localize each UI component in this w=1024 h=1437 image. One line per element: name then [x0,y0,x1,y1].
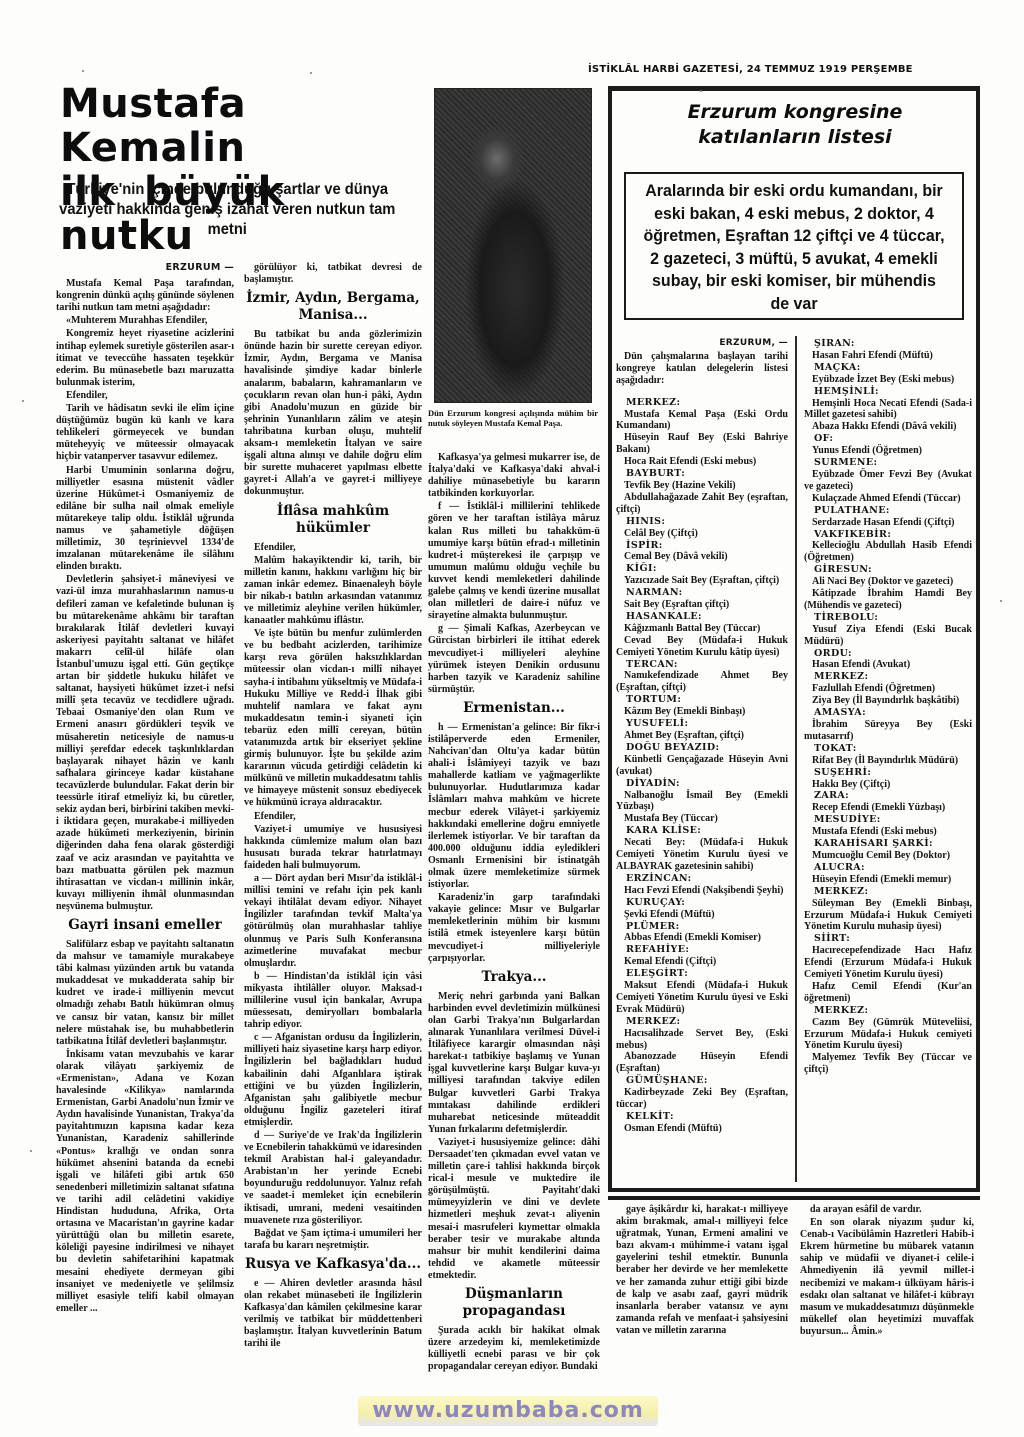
delegate-place: PULATHANE: [804,505,972,517]
paragraph: Mustafa Kemal Paşa tarafından, kongrenin… [56,278,234,314]
paragraph: da arayan esâfil de vardır. [800,1204,974,1216]
paragraph: c — Afganistan ordusu da İngilizlerin, m… [244,1032,422,1129]
delegate-place: YUSUFELİ: [616,718,788,730]
section-heading-gayri-insani: Gayri insani emeller [56,917,234,934]
delegate-place: GİRESUN: [804,564,972,576]
article-column-3: Kafkasya'ya gelmesi mukarrer ise, de İta… [428,452,600,1390]
print-speck [22,400,24,402]
delegate-place: MERKEZ: [804,1005,972,1017]
delegate-place: DİYADİN: [616,778,788,790]
col2-body-1: Bu tatbikat bu anda gözlerimizin önünde … [244,329,422,498]
delegate-place: İSPİR: [616,540,788,552]
delegate-entry: Cazım Bey (Gümrük Müteveliisi, Erzurum M… [804,1017,972,1053]
paragraph: «Muhterem Murahhas Efendiler, [56,315,234,327]
paragraph: g — Şimali Kafkas, Azerbeycan ve Gürcist… [428,623,600,696]
delegate-entry: Kâtipzade İbrahim Hamdi Bey (Mühendis ve… [804,588,972,612]
paragraph: f — İstiklâl-i millilerini tehlikede gör… [428,501,600,622]
delegate-entry: Abaza Hakkı Efendi (Dâvâ vekili) [804,421,972,433]
delegate-entry: Recep Efendi (Emekli Yüzbaşı) [804,802,972,814]
subheadline: Türkiye'nin içinde bulunduğu şartlar ve … [58,180,397,240]
delegate-entry: Eyübzade İzzet Bey (Eski mebus) [804,374,972,386]
delegate-entry: Hüseyin Rauf Bey (Eski Bahriye Bakanı) [616,432,788,456]
delegate-place: ŞİRAN: [804,338,972,350]
delegate-entry: Hasan Fahri Efendi (Müftü) [804,350,972,362]
section-heading-trakya: Trakya... [428,969,600,986]
paragraph: Vaziyet-i hususiyemize gelince: dâhi Der… [428,1137,600,1282]
delegate-place: SİİRT: [804,933,972,945]
paragraph: Bu tatbikat bu anda gözlerimizin önünde … [244,329,422,498]
delegate-place: KARAHİSARI ŞARKİ: [804,838,972,850]
col4-body: gaye âşikârdır ki, harakat-ı milliyeye a… [616,1204,788,1337]
delegate-entry: Sait Bey (Eşraftan çiftçi) [616,599,788,611]
summary-text: Aralarında bir eski ordu kumandanı, bir … [642,180,947,315]
print-speck [1000,600,1002,602]
paragraph: Vaziyet-i umumiye ve hususiyesi hakkında… [244,824,422,872]
delegate-place: MAÇKA: [804,362,972,374]
delegate-place: KARA KLİSE: [616,825,788,837]
paragraph: Devletlerin şahsiyet-i mâneviyesi ve vaz… [56,574,234,913]
delegate-entry: Künbetli Gençağazade Hüseyin Avni (avuka… [616,754,788,778]
paragraph: Kafkasya'ya gelmesi mukarrer ise, de İta… [428,452,600,500]
paragraph: En son olarak niyazım şudur ki, Cenab-ı … [800,1217,974,1338]
paragraph: İnkisamı vatan mevzubahis ve karar olara… [56,1049,234,1315]
delegate-entry: Kulaçzade Ahmed Efendi (Tüccar) [804,493,972,505]
delegate-place: ALUCRA: [804,862,972,874]
delegate-entry: Ali Naci Bey (Doktor ve gazeteci) [804,576,972,588]
col2-body-top: görülüyor ki, tatbikat devresi de başlam… [244,262,422,286]
print-speck [310,72,312,74]
delegate-entry: Cevad Bey (Müdafa-i Hukuk Cemiyeti Yönet… [616,635,788,659]
delegate-entry: Serdarzade Hasan Efendi (Çiftçi) [804,517,972,529]
delegate-entry: Abdullahağazade Zahit Bey (eşraftan, çif… [616,492,788,516]
delegate-place: MERKEZ: [804,886,972,898]
delegate-entry: Necati Bey: (Müdafa-i Hukuk Cemiyeti Yön… [616,837,788,873]
delegate-place: HASANKALE: [616,611,788,623]
delegate-place: HEMŞİNLİ: [804,386,972,398]
delegate-entry: Yazıcızade Sait Bey (Eşraftan, çiftçi) [616,575,788,587]
delegate-entry: Hemşinli Hoca Necati Efendi (Sada-i Mill… [804,398,972,422]
paragraph: b — Hindistan'da istiklâl için vâsi miky… [244,971,422,1031]
delegate-place: NARMAN: [616,587,788,599]
sidebar-title-line-2: katılanların listesi [660,125,930,150]
delegate-place: TOKAT: [804,743,972,755]
delegate-entry: Osman Efendi (Müftü) [616,1123,788,1135]
delegate-entry: Hacırecepefendizade Hacı Hafız Efendi (E… [804,945,972,981]
paragraph: Tarih ve hâdisatın sevki ile elîm içine … [56,403,234,463]
delegate-entry: Yusuf Ziya Efendi (Eski Bucak Müdürü) [804,624,972,648]
delegate-entry: Süleyman Bey (Emekli Binbaşı, Erzurum Mü… [804,898,972,934]
delegate-entry: Kemal Efendi (Çiftçi) [616,956,788,968]
article-column-1: ERZURUM — Mustafa Kemal Paşa tarafından,… [56,262,234,1382]
paragraph: Meriç nehri garbında yani Balkan harbind… [428,991,600,1136]
delegate-entry: Nalbanoğlu İsmail Bey (Emekli Yüzbaşı) [616,790,788,814]
delegate-entry: Malyemez Tevfik Bey (Tüccar ve çiftçi) [804,1052,972,1076]
article-column-2: görülüyor ki, tatbikat devresi de başlam… [244,262,422,1390]
col1-body-2: Salifülarz esbap ve payitahtı saltanatın… [56,939,234,1315]
paragraph: Şurada acıklı bir hakikat olmak üzere ar… [428,1325,600,1373]
paragraph: Efendiler, [244,811,422,823]
delegate-place: ORDU: [804,648,972,660]
photo-caption: Dün Erzurum kongresi açılışında mühim bi… [428,408,598,428]
delegate-entry: Eyübzade Ömer Fevzi Bey (Avukat ve gazet… [804,469,972,493]
delegate-place: SUŞEHRİ: [804,767,972,779]
delegate-place: PLÜMER: [616,921,788,933]
delegate-entry: Celâl Bey (Çiftçi) [616,528,788,540]
section-heading-ermenistan: Ermenistan... [428,700,600,717]
paragraph: Harbi Umuminin sonlarına doğru, milliyet… [56,465,234,574]
column-divider [795,336,797,1182]
delegate-entry: Rifat Bey (İl Bayındırlık Müdürü) [804,755,972,767]
print-speck [82,70,84,72]
delegate-place: ZARA: [804,790,972,802]
delegate-entry: Hacı Fevzi Efendi (Nakşibendi Şeyhi) [616,885,788,897]
delegate-entry: Yunus Efendi (Öğretmen) [804,445,972,457]
delegate-entry: Hoca Rait Efendi (Eski mebus) [616,456,788,468]
delegate-place: TERCAN: [616,659,788,671]
delegate-entry: Kâzım Bey (Emekli Binbaşı) [616,706,788,718]
watermark-url: www.uzumbaba.com [358,1396,658,1426]
delegate-place: KELKİT: [616,1111,788,1123]
sidebar-title-line-1: Erzurum kongresine [660,100,930,125]
section-heading-rusya: Rusya ve Kafkasya'da... [244,1256,422,1273]
delegate-entry: Hüseyin Efendi (Emekli memur) [804,874,972,886]
delegate-entry: Abanozzade Hüseyin Efendi (Eşraftan) [616,1051,788,1075]
newspaper-masthead: İSTİKLÂL HARBİ GAZETESİ, 24 TEMMUZ 1919 … [588,64,958,75]
delegate-place: OF: [804,433,972,445]
paragraph: Kongremiz heyet riyasetine acizlerini in… [56,328,234,388]
delegate-place: KURUÇAY: [616,897,788,909]
paragraph: Salifülarz esbap ve payitahtı saltanatın… [56,939,234,1048]
delegate-entry: Ziya Bey (İl Bayındırlık başkâtibi) [804,695,972,707]
delegate-place: BAYBURT: [616,468,788,480]
delegate-place: REFAHİYE: [616,944,788,956]
dateline: ERZURUM — [56,262,234,274]
col3-body-4: Şurada acıklı bir hakikat olmak üzere ar… [428,1325,600,1373]
col3-body-3: Meriç nehri garbında yani Balkan harbind… [428,991,600,1282]
paragraph: e — Ahiren devletler arasında hâsıl olan… [244,1278,422,1351]
delegate-place: HINIS: [616,516,788,528]
section-heading-izmir: İzmir, Aydın, Bergama, Manisa... [244,290,422,324]
col2-body-2: Efendiler,Malûm hakayiktendir ki, tarih,… [244,542,422,1252]
delegate-entry: Hakkı Bey (Çiftçi) [804,779,972,791]
paragraph: d — Suriye'de ve Irak'da İngilizlerin ve… [244,1130,422,1227]
sidebar-dateline: ERZURUM, — [616,338,788,350]
delegate-groups-right: ŞİRAN:Hasan Fahri Efendi (Müftü)MAÇKA:Ey… [804,338,972,1076]
delegate-place: MERKEZ: [804,671,972,683]
delegate-place: ELEŞGİRT: [616,968,788,980]
delegate-entry: Mumcuoğlu Cemil Bey (Doktor) [804,850,972,862]
delegate-list-left: ERZURUM, — Dün çalışmalarına başlayan ta… [616,338,788,1188]
delegate-entry: İbrahim Süreyya Bey (Eski mutasarrıf) [804,719,972,743]
paragraph: Karadeniz'in garp tarafındaki vakayie ge… [428,892,600,965]
article-column-5: da arayan esâfil de vardır.En son olarak… [800,1204,974,1388]
delegate-place: MERKEZ: [616,397,788,409]
delegate-place: SURMENE: [804,457,972,469]
portrait-photo [434,88,592,403]
delegate-entry: Mustafa Efendi (Eski mebus) [804,826,972,838]
delegate-place: KİĞI: [616,563,788,575]
delegate-entry: Mustafa Kemal Paşa (Eski Ordu Kumandanı) [616,409,788,433]
sidebar-intro: Dün çalışmalarına başlayan tarihi kongre… [616,351,788,387]
delegate-place: TORTUM: [616,694,788,706]
delegate-entry: Kadirbeyzade Zeki Bey (Eşraftan, tüccar) [616,1087,788,1111]
delegate-entry: Şevki Efendi (Müftü) [616,909,788,921]
delegate-place: DOĞU BEYAZID: [616,742,788,754]
paragraph: Efendiler, [56,390,234,402]
delegate-entry: Maksut Efendi (Müdafa-i Hukuk Cemiyeti Y… [616,980,788,1016]
delegate-entry: Ahmet Bey (Eşraftan, çiftçi) [616,730,788,742]
section-heading-dusmanlarin: Düşmanların propagandası [428,1286,600,1320]
paragraph: h — Ermenistan'a gelince: Bir fikr-i ist… [428,722,600,891]
delegate-place: VAKFIKEBİR: [804,529,972,541]
delegate-place: AMASYA: [804,707,972,719]
delegate-place: GÜMÜŞHANE: [616,1075,788,1087]
headline-line-1: Mustafa Kemalin [60,82,420,170]
delegate-entry: Fazlullah Efendi (Öğretmen) [804,683,972,695]
delegate-entry: Hasan Efendi (Avukat) [804,659,972,671]
col3-body-2: h — Ermenistan'a gelince: Bir fikr-i ist… [428,722,600,965]
col1-body: Mustafa Kemal Paşa tarafından, kongrenin… [56,278,234,913]
delegate-entry: Abbas Efendi (Emekli Komiser) [616,932,788,944]
sidebar-title: Erzurum kongresine katılanların listesi [660,100,930,150]
paragraph: a — Dört aydan beri Mısır'da istiklâl-i … [244,873,422,970]
delegate-entry: Kâğızmanlı Battal Bey (Tüccar) [616,623,788,635]
delegate-entry: Hacısalihzade Servet Bey, (Eski mebus) [616,1028,788,1052]
paragraph: görülüyor ki, tatbikat devresi de başlam… [244,262,422,286]
delegate-place: TİREBOLU: [804,612,972,624]
article-column-4: gaye âşikârdır ki, harakat-ı milliyeye a… [616,1204,788,1388]
delegate-entry: Tevfik Bey (Hazine Vekili) [616,480,788,492]
section-heading-iflasa: İflâsa mahkûm hükümler [244,503,422,537]
delegate-place: MERKEZ: [616,1016,788,1028]
paragraph: Efendiler, [244,542,422,554]
col2-body-3: e — Ahiren devletler arasında hâsıl olan… [244,1278,422,1351]
delegate-entry: Namıkefendizade Ahmet Bey (Eşraftan, çif… [616,670,788,694]
delegate-entry: Kellecioğlu Abdullah Hasib Efendi (Öğret… [804,540,972,564]
delegate-place: ERZİNCAN: [616,873,788,885]
paragraph: Bağdat ve Şam içtima-i umumileri her tar… [244,1228,422,1252]
delegate-entry: Hafız Cemil Efendi (Kur'an öğretmeni) [804,981,972,1005]
paragraph: Ve işte bütün bu menfur zulümlerden ve b… [244,628,422,809]
delegate-entry: Cemal Bey (Dâvâ vekili) [616,551,788,563]
paragraph: gaye âşikârdır ki, harakat-ı milliyeye a… [616,1204,788,1337]
delegate-groups-left: MERKEZ:Mustafa Kemal Paşa (Eski Ordu Kum… [616,397,788,1135]
print-speck [30,1150,32,1152]
print-speck [700,90,702,92]
delegate-place: MESUDİYE: [804,814,972,826]
col3-body-1: Kafkasya'ya gelmesi mukarrer ise, de İta… [428,452,600,696]
box-bottom-rule [608,1196,980,1200]
paragraph: Malûm hakayiktendir ki, tarih, bir mille… [244,555,422,628]
col5-body: da arayan esâfil de vardır.En son olarak… [800,1204,974,1338]
delegate-entry: Mustafa Bey (Tüccar) [616,813,788,825]
delegate-list-right: ŞİRAN:Hasan Fahri Efendi (Müftü)MAÇKA:Ey… [804,338,972,1188]
